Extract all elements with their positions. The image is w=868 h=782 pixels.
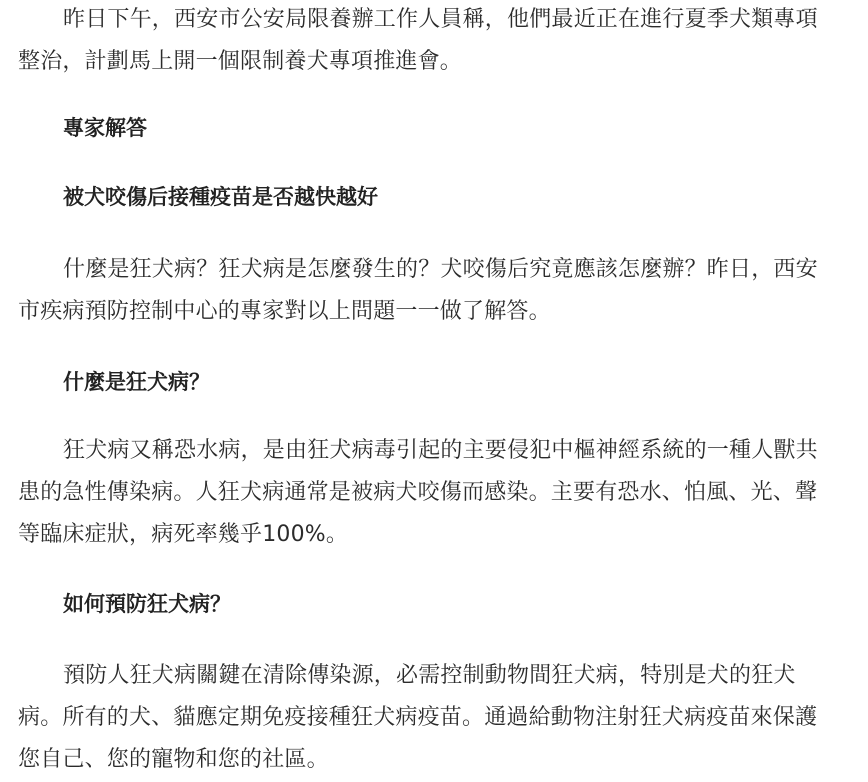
heading-prevention: 如何預防狂犬病？	[63, 589, 231, 619]
heading-what-is-rabies: 什麼是狂犬病？	[63, 367, 210, 397]
heading-expert-answers: 專家解答	[63, 113, 147, 143]
paragraph-prevention: 預防人狂犬病關鍵在清除傳染源，必需控制動物間狂犬病，特別是犬的狂犬病。所有的犬、…	[18, 655, 838, 781]
paragraph-questions: 什麼是狂犬病？狂犬病是怎麼發生的？犬咬傷后究竟應該怎麼辦？昨日，西安市疾病預防控…	[18, 249, 838, 333]
paragraph-intro: 昨日下午，西安市公安局限養辦工作人員稱，他們最近正在進行夏季犬類專項整治，計劃馬…	[18, 0, 838, 83]
paragraph-rabies-definition: 狂犬病又稱恐水病，是由狂犬病毒引起的主要侵犯中樞神經系統的一種人獸共患的急性傳染…	[18, 430, 838, 556]
heading-vaccine-timing: 被犬咬傷后接種疫苗是否越快越好	[63, 182, 378, 212]
